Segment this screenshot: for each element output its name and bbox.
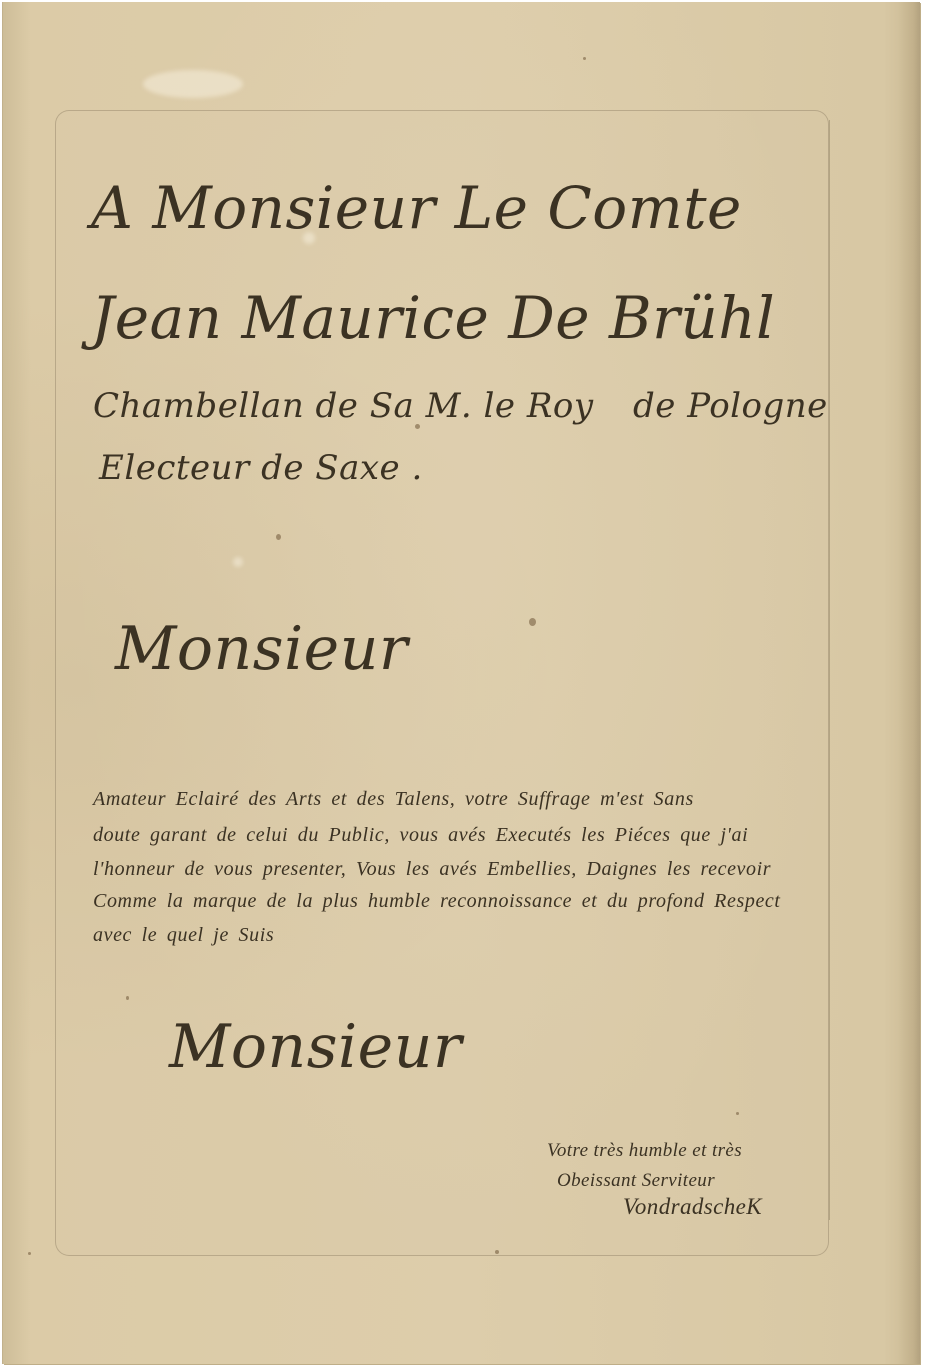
closing-salutation: Monsieur [169, 1012, 462, 1082]
foxing-spot [495, 1250, 499, 1254]
dedication-address-line-2: Jean Maurice De Brühl [91, 284, 775, 352]
foxing-spot [736, 1112, 739, 1115]
signature-line-1: Votre très humble et très [547, 1140, 742, 1162]
dedication-title-line-1b: de Pologne [633, 386, 828, 426]
body-line-2: doute garant de celui du Public, vous av… [93, 824, 748, 847]
foxing-spot [276, 534, 281, 540]
engraved-page: A Monsieur Le Comte Jean Maurice De Brüh… [3, 2, 920, 1364]
dedication-title-line-1a: Chambellan de Sa M. le Roy [93, 386, 594, 426]
pale-stain [233, 557, 243, 567]
foxing-spot [126, 996, 129, 1000]
body-line-4: Comme la marque de la plus humble reconn… [93, 890, 781, 913]
body-line-3: l'honneur de vous presenter, Vous les av… [93, 858, 771, 881]
salutation-heading: Monsieur [115, 614, 408, 684]
pale-stain [143, 70, 243, 98]
signature-name: VondradscheK [623, 1194, 762, 1220]
signature-line-2: Obeissant Serviteur [557, 1170, 715, 1192]
dedication-address-line-1: A Monsieur Le Comte [91, 174, 742, 242]
foxing-spot [583, 57, 586, 60]
plate-mark-outer-line [829, 120, 830, 1220]
body-line-1: Amateur Eclairé des Arts et des Talens, … [93, 788, 694, 811]
dedication-title-line-2: Electeur de Saxe . [99, 448, 423, 488]
foxing-spot [529, 618, 536, 626]
foxing-spot [28, 1252, 31, 1255]
page-edge-shadow [898, 2, 920, 1364]
body-line-5: avec le quel je Suis [93, 924, 274, 947]
